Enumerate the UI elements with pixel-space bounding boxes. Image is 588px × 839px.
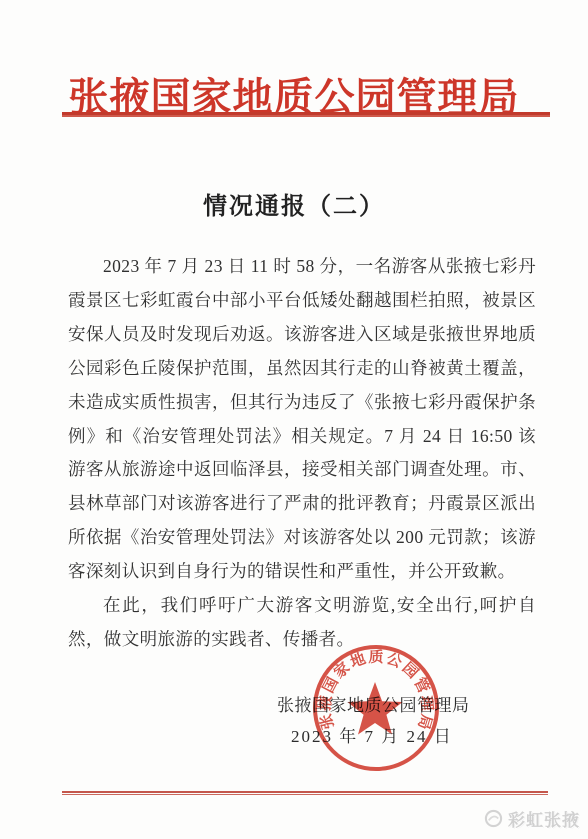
document-title: 情况通报（二） — [0, 186, 588, 221]
footer-divider — [62, 791, 548, 795]
letterhead-divider — [62, 112, 550, 117]
signature-org-name: 张掖国家地质公园管理局 — [277, 691, 470, 716]
rainbow-logo-icon — [484, 809, 503, 828]
body-paragraph: 2023 年 7 月 23 日 11 时 58 分，一名游客从张掖七彩丹霞景区七… — [68, 250, 536, 589]
watermark: 彩虹张掖 — [484, 806, 580, 831]
body-paragraph: 在此，我们呼吁广大游客文明游览,安全出行,呵护自然，做文明旅游的实践者、传播者。 — [68, 589, 536, 657]
document-page: 张掖国家地质公园管理局 情况通报（二） 2023 年 7 月 23 日 11 时… — [0, 0, 588, 839]
document-body: 2023 年 7 月 23 日 11 时 58 分，一名游客从张掖七彩丹霞景区七… — [68, 250, 536, 657]
watermark-label: 彩虹张掖 — [508, 806, 580, 831]
signature-date: 2023 年 7 月 24 日 — [291, 722, 453, 747]
